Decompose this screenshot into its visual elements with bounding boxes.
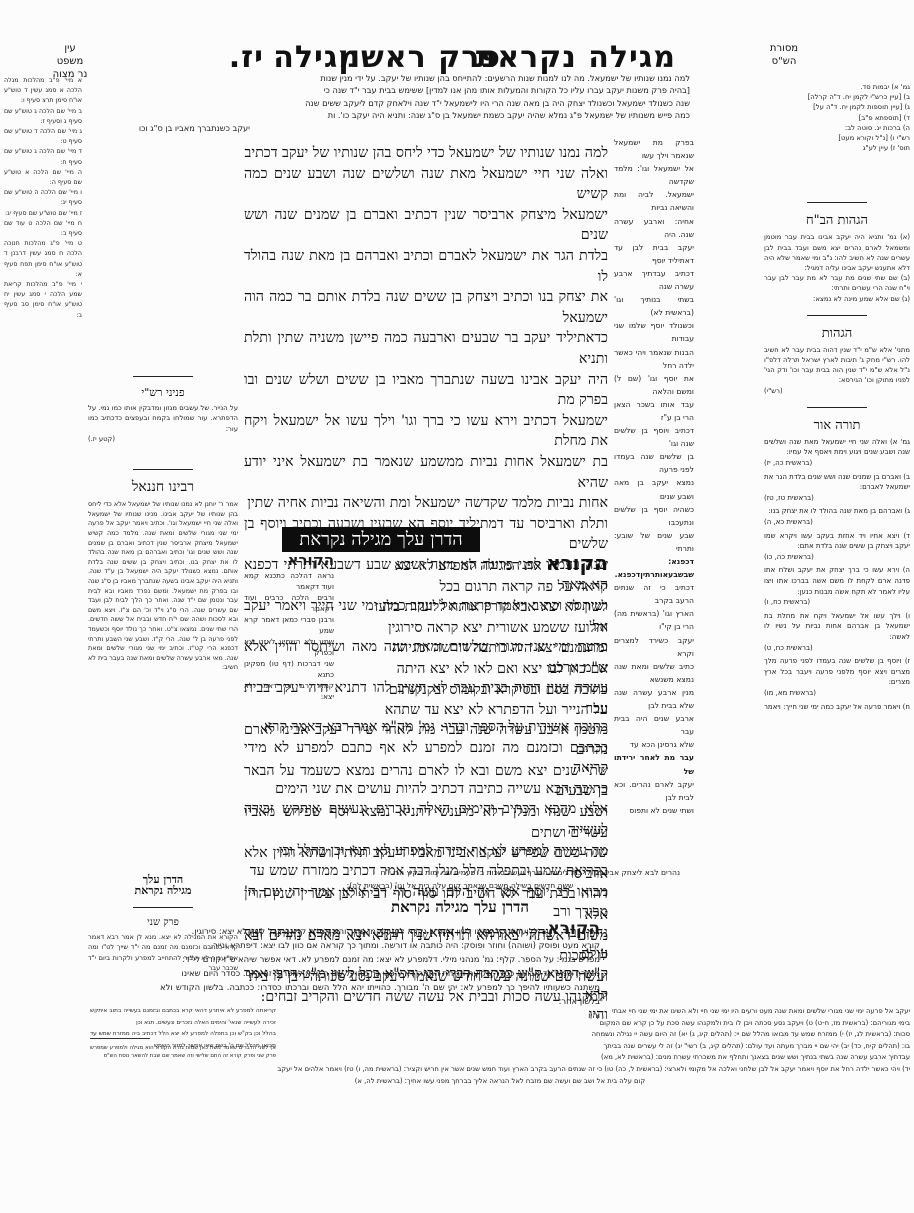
rashi-line: אל ישמעאל וגו': מלמד שקדשה [614,162,694,188]
hagahot-bach: (א) גמ' ותניא היה יעקב אבינו בבית עבר מו… [764,232,910,303]
mesoret-label-line2: הש"ס [754,55,814,68]
divider-ornament [88,902,238,913]
hadran-small-line2: מגילה נקראת [88,885,238,896]
mesoret-hashas: גמ' א) יבמות סד. ב) [עיין כרש"י לקמן יח.… [764,82,910,153]
rashi-line: הארץ וגו' (בראשית מה) הרי בן קי"ו [614,607,694,633]
rashi-line: נהרים לבא ליצחק אביו ויבן לו בית לימות ה… [240,866,680,879]
hadran-rashi: הדרן עלך מגילה נקראת [260,898,660,917]
hagahot-bach-entry: (ג) שם אלא שמע מינה לא נמצא: [764,294,910,304]
pnei-rashi: על הנייר. של עשבים מגזון ומדבקין אותו כמ… [88,403,238,444]
ein-mishpat-entry: ח מיי' שם הלכה ט עוד שם סעיף ב: [4,219,82,239]
torah-or-ref: (בראשית כח, ט) [764,643,910,654]
torah-or-ref: (בראשית טז, טז) [764,493,910,504]
mesoret-entry: תוס' ז) עיין לע"ג [764,143,910,153]
gemara-line: ככתבם וכזמנם מה זמנם למפרע לא אף כתבם למ… [244,738,608,779]
chapter-title: פרק ראשון [338,40,501,75]
gemara-line: את יצחק בנו וכתיב ויצחק בן ששים שנה בלדת… [244,287,608,328]
rashi-line: שלא גרסינן הכא עד [614,738,694,751]
rabbeinu-chananel-text: אמר ר' יוחנן לא נמנו שנותיו של ישמעאל אל… [88,500,238,673]
rashi-line: שבע שנים של שובע: ותרתי [614,529,694,555]
gemara-line: בת ישמעאל אחות נביות ממשמע שנאמר בת ישמע… [244,452,608,493]
tosafot-line: ורבנן סברי כמאן דאמר קרא שמע [244,614,334,636]
rashi-line: ישמעאל. לביה ומת והשיאה נביות [614,188,694,214]
tosafot-line: קמא דרבי יוסי דאמר לא יצא: [244,680,334,702]
rashi-line: וכשנולד יוסף שלמו שני עבודות [614,319,694,345]
tosafot-left: הקורא נראה דהלכה כתכנא קמא ועוד דקאמר ור… [244,555,334,702]
torah-or-title: תורה אור [764,417,910,433]
torah-or: גמ' א) ואלה שני חיי ישמעאל מאת שנה ושלשי… [764,437,910,712]
ein-mishpat: א מיי' פ"ב מהלכות מגלה הלכה א סמג עשין ד… [4,76,82,321]
torah-or-ref: (בראשית כח, ו) [764,597,910,608]
chapter2-text: הקורא את המגילה לא יצא. מנא לן אמר רבא ד… [88,932,238,973]
gemara-line: ואלה שני חיי ישמעאל מאת שנה ושלשים שנה ו… [244,164,608,205]
tosafot-line: שני דברכות (דף טו) מפקינן כתנא [244,658,334,680]
tosafot-opening-word: הקורא [288,551,334,569]
mishna-line: ומתנמנם יצא היה כותבה דורשה ומגיהה [338,638,608,659]
tosafot-line: הקורא [244,555,334,568]
footnote-line: קריאתה למפרע לא איתרע דהאי קרא בכתבם ובז… [90,1006,276,1029]
chapter2-paragraph: הקורא את המגילה לא יצא. מנא לן אמר רבא ד… [88,932,238,973]
rashi-line: בן שלשים שנה בעמדו לפני פרעה [614,450,694,476]
hagahot: מתני' אלא ש"מ י"ד שנין דהוה בבית עבר לא … [764,345,910,396]
rashi-line: עבר מת לאחר ירידתו של [614,751,694,777]
gemara-line: בלדת הגר את ישמעאל לאברם וכתיב ואברהם בן… [244,246,608,287]
rashi-line: מנין ארבע עשרה שנה שלא בבית לבן [614,686,694,712]
rashi-line: ארבע שנים היה בבית עבר [614,712,694,738]
gemara-line: למה נמנו שנותיו של ישמעאל כדי ליחס בהן ש… [244,143,608,164]
torah-or-verse: ח) ויאמר פרעה אל יעקב כמה ימי שני חייך: … [764,702,910,713]
rashi-bottom: נהרים לבא ליצחק אביו ויבן לו בית לימות ה… [240,866,680,892]
folio-number: יז. [229,40,264,75]
chapter2-title: פרק שני [88,917,238,928]
torah-or-verse: ו) וילך עשו אל ישמעאל ויקח את מחלת בת יש… [764,611,910,643]
rashi-line: דכתיב ויוסף בן שלשים שנה וגו' [614,424,694,450]
mesoret-entry: ב) [עיין כרש"י לקמן יח. ד"ה קרלה] [764,92,910,102]
torah-or-ref: (בראשית כה, יז) [764,458,910,469]
torah-or-line: סכות: (בראשית לג, יז) י) ממזרח שמש עד מב… [280,1029,910,1041]
rashi-line: את יוסף וגו' (שם ל) ומשם והלאה [614,372,694,398]
ein-mishpat-entry: ו מיי' שם הלכה ה טוש"ע שם סעיף יג: [4,188,82,208]
mesoret-entry: רש"י ו) [נ"ל וקורא מעט] [764,133,910,143]
rashi-line: בשתי בנותיך וגו' (בראשית לא) [614,293,694,319]
divider-ornament [764,310,910,321]
torah-or-ref: (בראשית כה, כו) [764,552,910,563]
divider-ornament [764,402,910,413]
rashi-line: דכפנא: שבשבעאותרתיןדכפנא. [614,555,694,581]
hagahot-bach-entry: (א) גמ' ותניא היה יעקב אבינו בבית עבר מו… [764,232,910,273]
hagahot-title: הגהות [764,325,910,341]
torah-or-verse: ה) וירא עשו כי ברך יצחק את יעקב ושלח אתו… [764,565,910,597]
commentary-line: [בהיה פרק משנות יעקב עברו עליו כל הקורות… [90,84,690,96]
mishna-line-first: הקורא את המגילה למפרע לא יצא [338,553,608,577]
rashi-line: דכתיב כי זה שנתים הרעב בקרב [614,581,694,607]
tosafot-line: שמע ולא השמיע לאזנו יצא וכפרק [244,636,334,658]
rashi-line: ללועזות. כל שאינו לשון הקודש נקרא לעז ול… [192,926,539,936]
divider-ornament [764,197,910,208]
gemara-line: כדאתיליד יעקב בר שבעים וארבעה כמה פיישן … [244,328,608,369]
gemara-line: אחות נביות מלמד שקדשה ישמעאל ומת והשיאה … [244,493,608,514]
hagahot-ref: (רש"י) [764,386,910,396]
mesoret-entry: ד) [תוספתא פ"ב] [764,113,910,123]
mishna-text: הקורא את המגילה למפרע לא יצא קראה על פה … [338,553,608,721]
mesoret-label: מסורת הש"ס [754,42,814,68]
gemara-line: כתיבה הכא עשייה כתיבה דכתיב להיות עושים … [244,779,608,800]
gemara-line: אלא מהכא דכתיב והימים האלה נזכרים ונעשים… [244,799,608,840]
torah-or-verse: ב) ואברם בן שמנים שנה ושש שנים בלדת הגר … [764,472,910,493]
gemara-line: מה עשייה למפרע לא אף זכירה למפרע לא תנא … [244,841,608,862]
commentary-line: יעקב כשנתברך מאביו בן ס"ג וכו [90,122,690,134]
rashi-line: משתנה כשעותיו להיפך כך למפרע לא: יהי שם … [160,980,600,1008]
gemara-line: ישמעאל דכתיב וירא עשו כי ברך וגו' וילך ע… [244,411,608,452]
rashi-line: יעקב בבית לבן עד דאתיליד יוסף [614,241,694,267]
mesoret-entry: ג) [עיין תוספות לקמן יח. ד"ה על] [764,102,910,112]
tosafot-line: נראה דהלכה כתכנא קמא ועוד דקאמר [244,570,334,592]
torah-or-verse: ז) ויוסף בן שלשים שנה בעמדו לפני פרעה מל… [764,656,910,688]
rashi-line: עבד אותו בשכר הצאן הרי בן ע"ז [614,398,694,424]
rashi-line: הבנות שנאמר ויהי כאשר ילדה רחל [614,346,694,372]
torah-or-bottom: יעקב אל פרעה ימי שני מגורי שלשים ומאת שנ… [280,1006,910,1064]
commentary-line: כמה פייש משנותיו של ישמעאל פ"ג נמלא שהיה… [90,109,690,121]
mishna-opening-word: הקורא [546,551,608,575]
rashi-line: אחיה: וארבע עשרה שנה. היה [614,215,694,241]
rashi-line: יעקב כשירד למצרים וקרא [614,634,694,660]
chapter-name: מגילה נקראת [476,40,676,75]
hagahot-text: מתני' אלא ש"מ י"ד שנין דהוה בבית עבר לא … [764,345,910,386]
rashi-line: נמצא יעקב בן מאה ושבע שנים [614,476,694,502]
gemara-line: כתובה אשורית על הספר ובדיו: גמ' מה"מ אמר… [244,717,608,738]
mishna-line: אם כוון לבו יצא ואם לאו לא יצא היתה [338,659,608,680]
ein-mishpat-label-line1: עין משפט [50,42,90,68]
mishna-line: את המגילה למפרע לא יצא [394,558,541,574]
ein-mishpat-entry: ט מיי' פ"ג מהלכות חנוכה הלכה ח סמג עשין … [4,239,82,280]
pnei-rashi-text: על הנייר. של עשבים מגזון ומדבקין אותו כמ… [88,403,238,434]
mishna-line: קראה על פה קראה תרגום בכל [338,577,608,598]
commentary-line: למה נמנו שנותיו של ישמעאל. מה לנו למנות … [90,72,690,84]
torah-or-bottom-wide: יד) ויהי כאשר ילדה רחל את יוסף ויאמר יעק… [90,1064,910,1087]
hadran-banner: הדרן עלך מגילה נקראת [282,527,480,552]
torah-or-line: קום עלה בית אל ושב שם ועשה שם מזבח לאל ה… [90,1076,910,1088]
mesoret-label-line1: מסורת [754,42,814,55]
commentary-line: שנה כשנולד ישמעאל וכשנולד יצחק היה בן מא… [90,97,690,109]
ein-mishpat-entry: ג מיי' שם הלכה ד טוש"ע שם סעיף ט: [4,127,82,147]
torah-or-line: יעקב אל פרעה ימי שני מגורי שלשים ומאת שנ… [280,1006,910,1018]
mishna-line: והלועז ששמע אשורית יצא קראה סירוגין [338,618,608,639]
hagahot-bach-title: הגהות הב"ח [764,212,910,228]
hagahot-bach-entry: (ב) שם שתי שנים מת עבר לא מת עבר לבן עבר… [764,273,910,293]
ein-mishpat-entry: ה מיי' שם הלכה א טוש"ע שם סעיף ה: [4,168,82,188]
tractate-title: מגילה [273,40,361,75]
mesoret-entry: גמ' א) יבמות סד. [764,82,910,92]
mishna-line: לשון לא יצא אבל קורין אותה ללועזות בלעז [338,597,608,618]
gemara-line: ישמעאל מיצחק ארביסר שנין דכתיב ואברם בן … [244,205,608,246]
rashi-line: דכתיב עבדתיך ארבע עשרה שנה [614,267,694,293]
rabbeinu-chananel-title: רבינו חננאל [88,479,238,496]
mesoret-entry: ה) ברכות יג. סוטה לב: [764,123,910,133]
divider-ornament [88,464,238,475]
rashi-line: בפרק מת ישמעאל שנאמר וילך עשו [614,136,694,162]
rashi-line: יעקב לארם נהרים. וכא לבית לבן [614,778,694,804]
hadran-small: הדרן עלך מגילה נקראת [88,874,238,896]
torah-or-verse: ד) ויצא אחיו ויד אחזת בעקב עשו ויקרא שמו… [764,531,910,552]
torah-or-ref: (בראשית כא, ה) [764,517,910,528]
pnei-rashi-ref: (קטע יז.) [88,434,238,444]
torah-or-verse: גמ' א) ואלה שני חיי ישמעאל מאת שנה ושלשי… [764,437,910,458]
right-margin: גמ' א) יבמות סד. ב) [עיין כרש"י לקמן יח.… [764,82,910,712]
footnote-note: א) לשני הדברים שאמר משה כאן שמות גזרת הק… [90,1044,276,1060]
commentary-top: למה נמנו שנותיו של ישמעאל. מה לנו למנות … [90,72,690,134]
torah-or-line: יד) ויהי כאשר ילדה רחל את יוסף ויאמר יעק… [90,1064,910,1076]
torah-or-line: בימי מגוריהם: (בראשית מז, ח-ט) ט) ויעקב … [280,1018,910,1030]
torah-or-ref: (בראשית מא, מו) [764,688,910,699]
torah-or-line: עבדתיך ארבע עשרה שנה בשתי בנתיך ושש שנים… [280,1052,910,1064]
ein-mishpat-entry: א מיי' פ"ב מהלכות מגלה הלכה א סמג עשין ד… [4,76,82,107]
gemara-line: היה יעקב אבינו בשעה שנתברך מאביו בן ששים… [244,370,608,411]
rashi-line: כשהיה יוסף בן שלשים ונתעכבו [614,503,694,529]
torah-or-verse: ג) ואברהם בן מאת שנה בהולד לו את יצחק בנ… [764,506,910,517]
torah-or-line: בו: (תהלים קיח, כד) יב) יהי שם יי מברך מ… [280,1041,910,1053]
divider-ornament [88,371,238,382]
ein-mishpat-entry: י מיי' פ"ב מהלכות קריאת שמע הלכה י סמג ע… [4,280,82,321]
rabbeinu-chananel: אמר ר' יוחנן לא נמנו שנותיו של ישמעאל אל… [88,500,238,870]
pnei-rashi-title: פניני רש"י [88,386,238,399]
mishna-line: כתובה בסם ובסיקרא ובקומוס ובקנקנתום [338,680,608,701]
rashi-opening-word: הקורא. [541,919,600,939]
rashi-line: כתיב שלשים ומאת שנה נמצא משנשא [614,660,694,686]
rashi-line: ששה חדשים בשילה משכם שנאמר קום עלה בית א… [240,879,680,892]
left-commentary-column: פניני רש"י על הנייר. של עשבים מגזון ומדב… [88,365,238,973]
footnote-text: א) לשני הדברים שאמר משה כאן שמות גזרת הק… [90,1044,276,1060]
ein-mishpat-entry: ז מיי' שם טוש"ע שם סעיף יג: [4,209,82,219]
rashi-right-column: בפרק מת ישמעאל שנאמר וילך עשו אל ישמעאל … [614,136,694,817]
ein-mishpat-entry: ב מיי' שם הלכה ג טוש"ע שם סעיף ג וסעיף ז… [4,107,82,127]
rashi-line: ושתי שנים לא ותפוס [614,804,694,817]
ein-mishpat-entry: ד מיי' שם הלכה ג טוש"ע שם סעיף ח: [4,147,82,167]
tosafot-line: ורבים הלכה כרבים ועוד דקאמר [244,592,334,614]
footnote-rule [90,1038,150,1039]
